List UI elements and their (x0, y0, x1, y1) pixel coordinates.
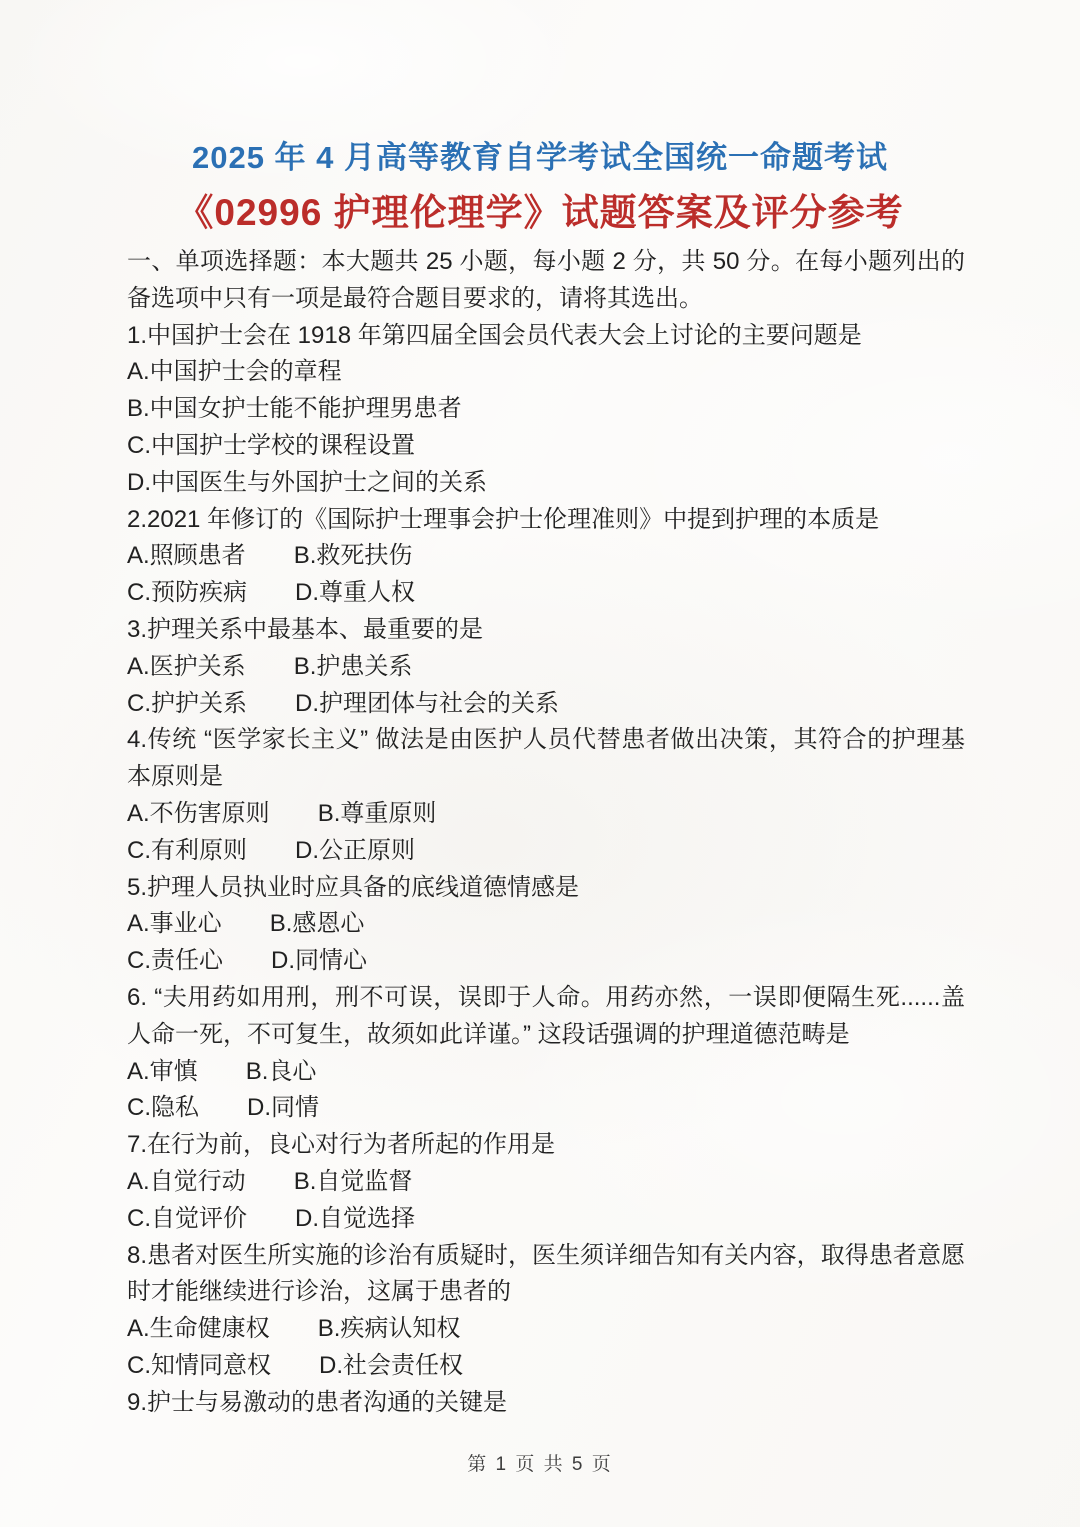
question-stem: 6. “夫用药如用刑，刑不可误，误即于人命。用药亦然，一误即便隔生死......… (127, 980, 965, 1054)
answer-option: D.护理团体与社会的关系 (295, 690, 559, 717)
page-number-indicator: 第 1 页 共 5 页 (0, 1452, 1080, 1478)
answer-option: B.护患关系 (294, 653, 413, 680)
answer-option: A.事业心 (127, 906, 222, 943)
question-stem: 5.护理人员执业时应具备的底线道德情感是 (127, 870, 965, 907)
answer-option: A.医护关系 (127, 649, 246, 686)
answer-option: D.社会责任权 (319, 1352, 463, 1379)
option-row: D.中国医生与外国护士之间的关系 (127, 465, 965, 502)
question-block-5: 5.护理人员执业时应具备的底线道德情感是A.事业心B.感恩心C.责任心D.同情心 (127, 870, 965, 980)
answer-option: D.同情心 (271, 947, 367, 974)
answer-option: A.生命健康权 (127, 1311, 270, 1348)
answer-option: A.审慎 (127, 1054, 198, 1091)
answer-option: A.中国护士会的章程 (127, 358, 342, 385)
question-block-2: 2.2021 年修订的《国际护士理事会护士伦理准则》中提到护理的本质是A.照顾患… (127, 502, 965, 612)
option-row: C.责任心D.同情心 (127, 943, 965, 980)
option-row: A.自觉行动B.自觉监督 (127, 1164, 965, 1201)
question-block-3: 3.护理关系中最基本、最重要的是A.医护关系B.护患关系C.护护关系D.护理团体… (127, 612, 965, 722)
question-block-4: 4.传统 “医学家长主义” 做法是由医护人员代替患者做出决策，其符合的护理基本原… (127, 722, 965, 869)
exam-paper-title: 《02996 护理伦理学》试题答案及评分参考 (0, 188, 1080, 238)
option-row: C.有利原则D.公正原则 (127, 833, 965, 870)
answer-option: D.自觉选择 (295, 1205, 415, 1232)
answer-option: D.公正原则 (295, 837, 415, 864)
question-stem: 7.在行为前，良心对行为者所起的作用是 (127, 1127, 965, 1164)
answer-option: B.自觉监督 (294, 1168, 413, 1195)
option-row: C.隐私D.同情 (127, 1090, 965, 1127)
option-row: C.自觉评价D.自觉选择 (127, 1201, 965, 1238)
section-heading: 一、单项选择题： (127, 248, 322, 275)
option-row: A.审慎B.良心 (127, 1054, 965, 1091)
exam-session-title: 2025 年 4 月高等教育自学考试全国统一命题考试 (0, 138, 1080, 178)
answer-option: B.尊重原则 (318, 800, 437, 827)
option-row: C.中国护士学校的课程设置 (127, 428, 965, 465)
question-block-8: 8.患者对医生所实施的诊治有质疑时，医生须详细告知有关内容，取得患者意愿时才能继… (127, 1238, 965, 1385)
answer-option: B.救死扶伤 (294, 542, 413, 569)
question-block-6: 6. “夫用药如用刑，刑不可误，误即于人命。用药亦然，一误即便隔生死......… (127, 980, 965, 1127)
option-row: A.不伤害原则B.尊重原则 (127, 796, 965, 833)
option-row: C.知情同意权D.社会责任权 (127, 1348, 965, 1385)
answer-option: C.知情同意权 (127, 1348, 271, 1385)
option-row: A.医护关系B.护患关系 (127, 649, 965, 686)
question-stem: 8.患者对医生所实施的诊治有质疑时，医生须详细告知有关内容，取得患者意愿时才能继… (127, 1238, 965, 1312)
answer-option: A.不伤害原则 (127, 796, 270, 833)
answer-option: C.中国护士学校的课程设置 (127, 432, 415, 459)
answer-option: C.责任心 (127, 943, 223, 980)
question-block-9: 9.护士与易激动的患者沟通的关键是 (127, 1385, 965, 1422)
question-stem: 2.2021 年修订的《国际护士理事会护士伦理准则》中提到护理的本质是 (127, 502, 965, 539)
answer-option: B.中国女护士能不能护理男患者 (127, 395, 462, 422)
answer-option: A.照顾患者 (127, 538, 246, 575)
answer-option: D.中国医生与外国护士之间的关系 (127, 469, 487, 496)
answer-option: C.预防疾病 (127, 575, 247, 612)
option-row: B.中国女护士能不能护理男患者 (127, 391, 965, 428)
question-stem: 9.护士与易激动的患者沟通的关键是 (127, 1385, 965, 1422)
option-row: A.生命健康权B.疾病认知权 (127, 1311, 965, 1348)
question-block-7: 7.在行为前，良心对行为者所起的作用是A.自觉行动B.自觉监督C.自觉评价D.自… (127, 1127, 965, 1237)
answer-option: D.尊重人权 (295, 579, 415, 606)
question-stem: 4.传统 “医学家长主义” 做法是由医护人员代替患者做出决策，其符合的护理基本原… (127, 722, 965, 796)
question-section: 一、单项选择题：本大题共 25 小题，每小题 2 分，共 50 分。在每小题列出… (127, 244, 965, 1422)
section-instructions-line: 一、单项选择题：本大题共 25 小题，每小题 2 分，共 50 分。在每小题列出… (127, 244, 965, 318)
answer-option: B.感恩心 (270, 910, 365, 937)
option-row: C.护护关系D.护理团体与社会的关系 (127, 686, 965, 723)
option-row: A.中国护士会的章程 (127, 354, 965, 391)
answer-option: D.同情 (247, 1094, 319, 1121)
option-row: A.照顾患者B.救死扶伤 (127, 538, 965, 575)
questions-list: 1.中国护士会在 1918 年第四届全国会员代表大会上讨论的主要问题是A.中国护… (127, 318, 965, 1422)
question-stem: 3.护理关系中最基本、最重要的是 (127, 612, 965, 649)
answer-option: A.自觉行动 (127, 1164, 246, 1201)
answer-option: C.有利原则 (127, 833, 247, 870)
option-row: A.事业心B.感恩心 (127, 906, 965, 943)
answer-option: B.良心 (246, 1058, 317, 1085)
answer-option: B.疾病认知权 (318, 1315, 461, 1342)
answer-option: C.护护关系 (127, 686, 247, 723)
answer-option: C.自觉评价 (127, 1201, 247, 1238)
question-stem: 1.中国护士会在 1918 年第四届全国会员代表大会上讨论的主要问题是 (127, 318, 965, 355)
answer-option: C.隐私 (127, 1090, 199, 1127)
option-row: C.预防疾病D.尊重人权 (127, 575, 965, 612)
exam-answer-sheet-page: 2025 年 4 月高等教育自学考试全国统一命题考试 《02996 护理伦理学》… (0, 0, 1080, 1527)
question-block-1: 1.中国护士会在 1918 年第四届全国会员代表大会上讨论的主要问题是A.中国护… (127, 318, 965, 502)
